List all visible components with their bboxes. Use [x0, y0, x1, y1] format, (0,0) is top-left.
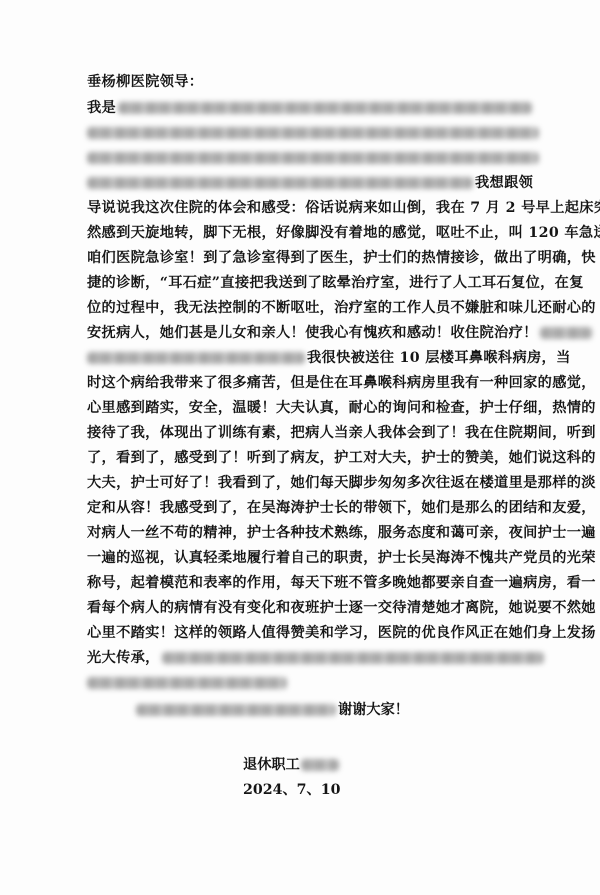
body-line-19: 一遍的巡视，认真轻柔地履行着自己的职责，护士长吴海涛不愧共产党员的光荣 — [87, 547, 543, 569]
signature: 退休职工 — [243, 754, 341, 776]
body-line-5: 导说说我这次住院的体会和感受：俗话说病来如山倒，我在 7 月 2 号早上起床突 — [87, 197, 543, 219]
body-line-1: 我是 — [87, 97, 543, 119]
redacted-text — [118, 102, 532, 114]
body-line-10: 安抚病人，她们甚是儿女和亲人！使我心有愧疚和感动！收住院治疗！ — [87, 322, 543, 344]
redacted-text — [87, 177, 473, 189]
thanks-line: 谢谢大家！ — [136, 699, 409, 721]
body-line-18: 对病人一丝不苟的精神，护士各种技术熟练，服务态度和蔼可亲，夜间护士一遍 — [87, 522, 543, 544]
body-line-22: 心里不踏实！这样的领路人值得赞美和学习，医院的优良作风正在她们身上发扬 — [87, 622, 543, 644]
signature-label: 退休职工 — [243, 757, 300, 773]
body-line-21: 看每个病人的病情有没有变化和夜班护士逐一交待清楚她才离院，她说要不然她 — [87, 597, 543, 619]
redacted-text — [87, 677, 287, 689]
body-line-13: 心里感到踏实，安全，温暖！大夫认真，耐心的询问和检查，护士仔细，热情的 — [87, 397, 543, 419]
line-text: 我很快被送往 10 层楼耳鼻喉科病房，当 — [307, 350, 571, 366]
body-line-17: 定和从容！我感受到了，在吴海涛护士长的带领下，她们是那么的团结和友爱， — [87, 497, 543, 519]
body-line-8: 捷的诊断，“耳石症”直接把我送到了眩晕治疗室，进行了人工耳石复位，在复 — [87, 272, 543, 294]
line-text: 我想跟领 — [475, 175, 533, 191]
redacted-text — [540, 327, 592, 339]
body-line-7: 咱们医院急诊室！到了急诊室得到了医生，护士们的热情接诊，做出了明确，快 — [87, 247, 543, 269]
redacted-text — [87, 152, 539, 164]
salutation: 垂杨柳医院领导： — [87, 71, 543, 93]
redacted-text — [87, 127, 539, 139]
letter-date: 2024、7、10 — [243, 779, 340, 801]
line-text: 光大传承， — [87, 650, 160, 666]
line-text: 我是 — [87, 100, 116, 116]
body-line-9: 位的过程中，我无法控制的不断呕吐，治疗室的工作人员不嫌脏和味儿还耐心的 — [87, 297, 543, 319]
redacted-text — [136, 704, 336, 716]
body-line-15: 了，看到了，感受到了！听到了病友，护工对大夫，护士的赞美，她们说这科的 — [87, 447, 543, 469]
body-line-11: 我很快被送往 10 层楼耳鼻喉科病房，当 — [87, 347, 543, 369]
body-line-24 — [87, 672, 543, 694]
letter-page: 垂杨柳医院领导： 我是 我想跟领 导说说我这次住院的体会和感受：俗话说病来如山倒… — [0, 0, 600, 895]
body-line-6: 然感到天旋地转，脚下无根，好像脚没有着地的感觉，呕吐不止，叫 120 车急送 — [87, 222, 543, 244]
body-line-3 — [87, 147, 543, 169]
body-line-2 — [87, 122, 543, 144]
body-line-12: 时这个病给我带来了很多痛苦，但是住在耳鼻喉科病房里我有一种回家的感觉， — [87, 372, 543, 394]
body-line-16: 大夫，护士可好了！我看到了，她们每天脚步匆匆多次往返在楼道里是那样的淡 — [87, 472, 543, 494]
thanks-text: 谢谢大家！ — [338, 702, 409, 718]
line-text: 安抚病人，她们甚是儿女和亲人！使我心有愧疚和感动！收住院治疗！ — [87, 325, 538, 341]
redacted-text — [162, 652, 544, 664]
redacted-name — [301, 759, 339, 771]
body-line-14: 接待了我，体现出了训练有素，把病人当亲人我体会到了！我在住院期间，听到 — [87, 422, 543, 444]
redacted-text — [87, 352, 305, 364]
body-line-20: 称号，起着模范和表率的作用，每天下班不管多晚她都要亲自查一遍病房，看一 — [87, 572, 543, 594]
body-line-23: 光大传承， — [87, 647, 543, 669]
body-line-4: 我想跟领 — [87, 172, 543, 194]
